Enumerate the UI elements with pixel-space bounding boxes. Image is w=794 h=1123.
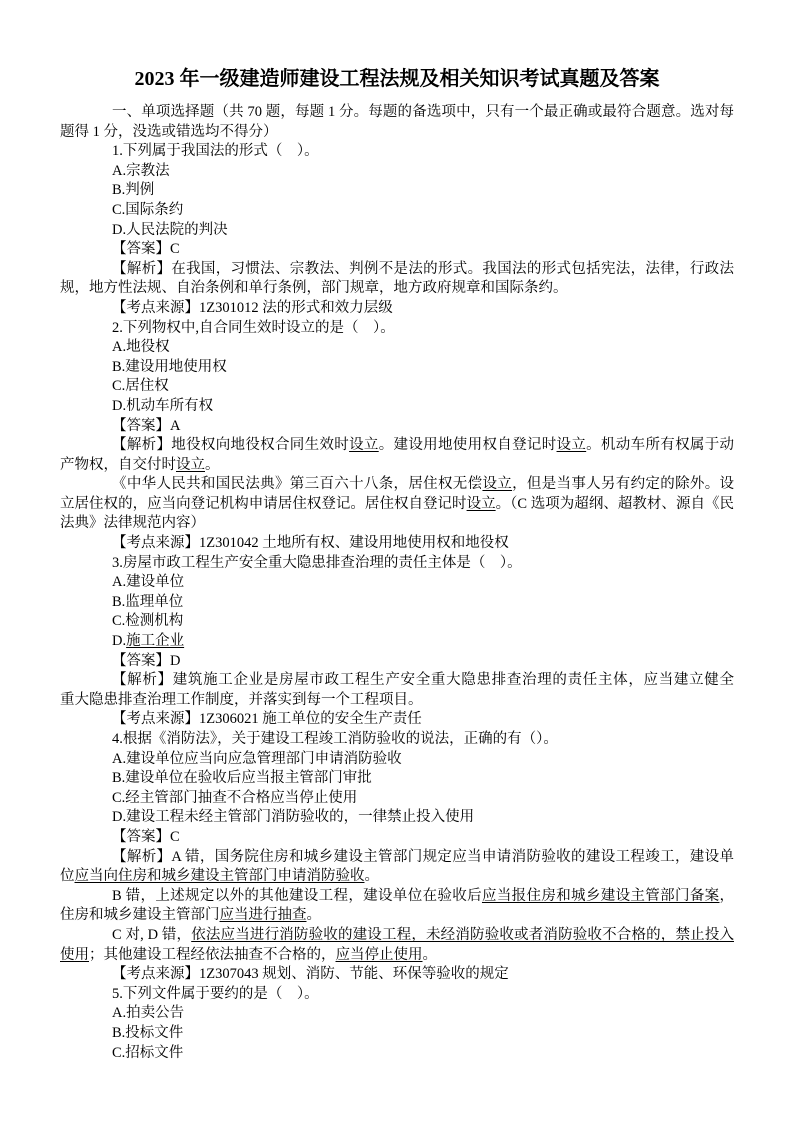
option-line: B.建设用地使用权 (60, 358, 734, 378)
source-line: 【考点来源】1Z301042 土地所有权、建设用地使用权和地役权 (60, 534, 734, 554)
answer-line: 【答案】D (60, 652, 734, 672)
analysis-paragraph: 【解析】建筑施工企业是房屋市政工程生产安全重大隐患排查治理的责任主体，应当建立健… (60, 671, 734, 710)
question-stem: 2.下列物权中,自合同生效时设立的是（ ）。 (60, 319, 734, 339)
option-line: A.拍卖公告 (60, 1004, 734, 1024)
source-line: 【考点来源】1Z301012 法的形式和效力层级 (60, 299, 734, 319)
option-line: B.判例 (60, 181, 734, 201)
source-line: 【考点来源】1Z306021 施工单位的安全生产责任 (60, 710, 734, 730)
question-stem: 1.下列属于我国法的形式（ ）。 (60, 142, 734, 162)
option-line: B.建设单位在验收后应当报主管部门审批 (60, 769, 734, 789)
option-line: A.建设单位 (60, 573, 734, 593)
option-line: C.国际条约 (60, 201, 734, 221)
source-line: 【考点来源】1Z307043 规划、消防、节能、环保等验收的规定 (60, 965, 734, 985)
option-line: D.施工企业 (60, 632, 734, 652)
analysis-paragraph: 【解析】地役权向地役权合同生效时设立。建设用地使用权自登记时设立。机动车所有权属… (60, 436, 734, 475)
option-line: C.检测机构 (60, 612, 734, 632)
option-line: C.经主管部门抽查不合格应当停止使用 (60, 789, 734, 809)
answer-line: 【答案】C (60, 240, 734, 260)
option-line: C.居住权 (60, 377, 734, 397)
option-line: D.人民法院的判决 (60, 221, 734, 241)
intro-paragraph: 一、单项选择题（共 70 题，每题 1 分。每题的备选项中，只有一个最正确或最符… (60, 103, 734, 142)
document-page: 2023 年一级建造师建设工程法规及相关知识考试真题及答案 一、单项选择题（共 … (0, 0, 794, 1123)
option-line: B.投标文件 (60, 1024, 734, 1044)
option-line: C.招标文件 (60, 1044, 734, 1064)
option-line: A.建设单位应当向应急管理部门申请消防验收 (60, 750, 734, 770)
analysis-paragraph: 《中华人民共和国民法典》第三百六十八条，居住权无偿设立，但是当事人另有约定的除外… (60, 475, 734, 534)
option-line: A.地役权 (60, 338, 734, 358)
question-stem: 3.房屋市政工程生产安全重大隐患排查治理的责任主体是（ ）。 (60, 554, 734, 574)
analysis-paragraph: 【解析】在我国，习惯法、宗教法、判例不是法的形式。我国法的形式包括宪法，法律，行… (60, 260, 734, 299)
question-stem: 4.根据《消防法》，关于建设工程竣工消防验收的说法，正确的有（）。 (60, 730, 734, 750)
analysis-paragraph: B 错，上述规定以外的其他建设工程，建设单位在验收后应当报住房和城乡建设主管部门… (60, 887, 734, 926)
option-line: D.机动车所有权 (60, 397, 734, 417)
document-body: 一、单项选择题（共 70 题，每题 1 分。每题的备选项中，只有一个最正确或最符… (60, 103, 734, 1063)
answer-line: 【答案】C (60, 828, 734, 848)
document-title: 2023 年一级建造师建设工程法规及相关知识考试真题及答案 (60, 66, 734, 93)
option-line: D.建设工程未经主管部门消防验收的，一律禁止投入使用 (60, 808, 734, 828)
answer-line: 【答案】A (60, 417, 734, 437)
option-line: B.监理单位 (60, 593, 734, 613)
option-line: A.宗教法 (60, 162, 734, 182)
analysis-paragraph: C 对, D 错，依法应当进行消防验收的建设工程，未经消防验收或者消防验收不合格… (60, 926, 734, 965)
question-stem: 5.下列文件属于要约的是（ ）。 (60, 985, 734, 1005)
analysis-paragraph: 【解析】A 错，国务院住房和城乡建设主管部门规定应当申请消防验收的建设工程竣工，… (60, 848, 734, 887)
